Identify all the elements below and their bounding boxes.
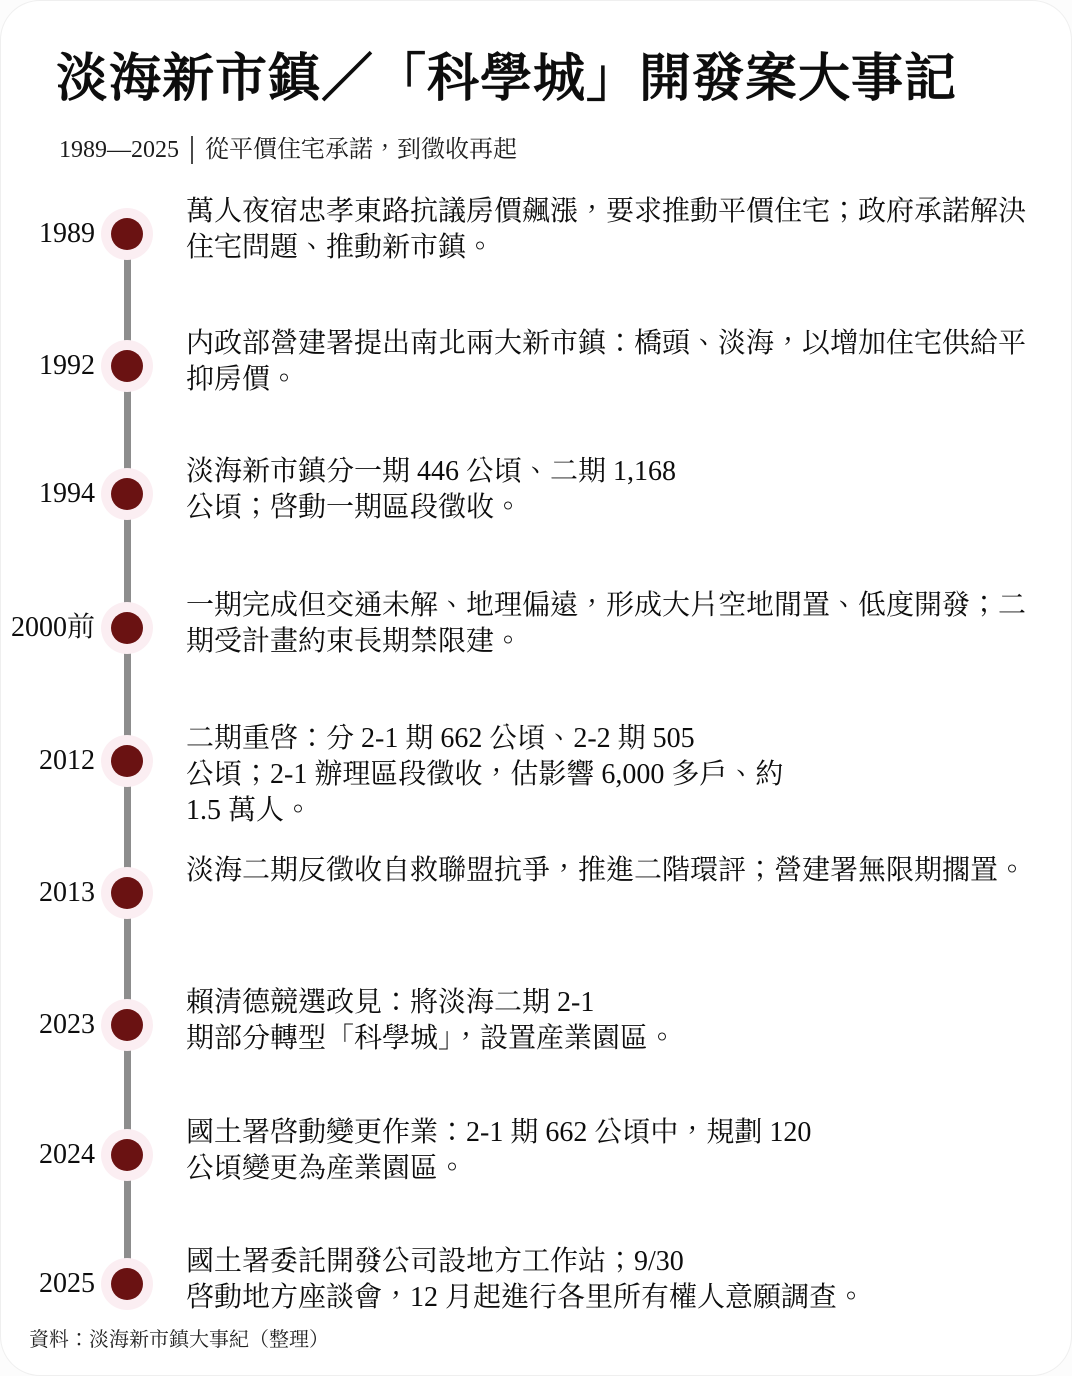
event-year-label: 1989 <box>1 213 95 255</box>
event-dot <box>111 745 143 777</box>
event-dot <box>111 478 143 510</box>
event-year-label: 2023 <box>1 1004 95 1046</box>
event-description: 内政部營建署提出南北兩大新市鎮：橋頭、淡海，以增加住宅供給平 抑房價。 <box>186 326 1064 398</box>
event-year-label: 2024 <box>1 1134 95 1176</box>
event-dot <box>111 350 143 382</box>
event-dot <box>111 1139 143 1171</box>
event-year-label: 2000前 <box>1 607 95 649</box>
subtitle-divider <box>191 136 193 164</box>
infographic-card: 淡海新市鎮／「科學城」開發案大事記 1989—2025 從平價住宅承諾，到徵收再… <box>0 0 1072 1376</box>
event-dot <box>111 218 143 250</box>
event-description: 二期重啓：分 2-1 期 662 公頃、2-2 期 505 公頃；2-1 辦理區… <box>186 721 1064 829</box>
event-dot <box>111 612 143 644</box>
source-note: 資料：淡海新市鎮大事紀（整理） <box>29 1327 329 1353</box>
event-description: 國土署啓動變更作業：2-1 期 662 公頃中，規劃 120 公頃變更為産業園區… <box>186 1115 1064 1187</box>
event-description: 淡海二期反徵收自救聯盟抗爭，推進二階環評；營建署無限期擱置。 <box>186 853 1064 889</box>
event-description: 萬人夜宿忠孝東路抗議房價飆漲，要求推動平價住宅；政府承諾解決 住宅問題、推動新市… <box>186 194 1064 266</box>
page-title: 淡海新市鎮／「科學城」開發案大事記 <box>56 49 957 111</box>
event-dot <box>111 1268 143 1300</box>
event-year-label: 1994 <box>1 473 95 515</box>
event-description: 淡海新市鎮分一期 446 公頃、二期 1,168 公頃；啓動一期區段徵收。 <box>186 454 1064 526</box>
event-year-label: 2012 <box>1 740 95 782</box>
subtitle: 1989—2025 從平價住宅承諾，到徵收再起 <box>59 135 517 165</box>
subtitle-tagline: 從平價住宅承諾，到徵收再起 <box>205 135 517 165</box>
event-description: 賴清德競選政見：將淡海二期 2-1 期部分轉型「科學城」，設置産業園區。 <box>186 985 1064 1057</box>
event-description: 一期完成但交通未解、地理偏遠，形成大片空地閒置、低度開發；二 期受計畫約束長期禁… <box>186 588 1064 660</box>
event-description: 國土署委託開發公司設地方工作站；9/30 啓動地方座談會，12 月起進行各里所有… <box>186 1244 1064 1316</box>
event-year-label: 1992 <box>1 345 95 387</box>
event-dot <box>111 877 143 909</box>
event-year-label: 2025 <box>1 1263 95 1305</box>
subtitle-year-range: 1989—2025 <box>59 135 179 165</box>
event-dot <box>111 1009 143 1041</box>
event-year-label: 2013 <box>1 872 95 914</box>
